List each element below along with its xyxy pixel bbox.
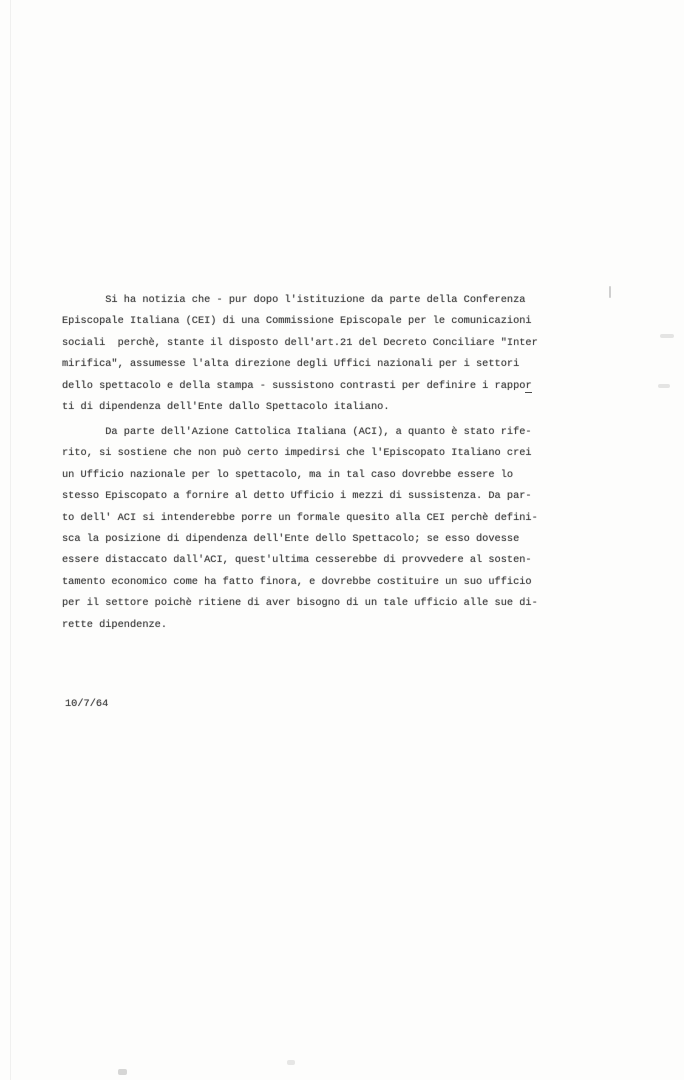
- text-line: sociali perchè, stante il disposto dell'…: [62, 333, 538, 354]
- text-line: mirifica", assumesse l'alta direzione de…: [62, 354, 538, 375]
- text-line: rette dipendenze.: [62, 615, 538, 636]
- text-line: sca la posizione di dipendenza dell'Ente…: [62, 529, 538, 550]
- page-edge-shadow: [10, 0, 11, 1080]
- text-line: Da parte dell'Azione Cattolica Italiana …: [62, 422, 538, 443]
- text-line: tamento economico come ha fatto finora, …: [62, 572, 538, 593]
- paragraph-2: Da parte dell'Azione Cattolica Italiana …: [62, 422, 538, 636]
- text-line: stesso Episcopato a fornire al detto Uff…: [62, 486, 538, 507]
- document-page: Si ha notizia che - pur dopo l'istituzio…: [0, 0, 684, 1080]
- text-line: Si ha notizia che - pur dopo l'istituzio…: [62, 290, 538, 311]
- text-line: essere distaccato dall'ACI, quest'ultima…: [62, 550, 538, 571]
- text-line-main: dello spettacolo e della stampa - sussis…: [62, 380, 525, 392]
- scan-artifact: [609, 286, 611, 298]
- text-line: Episcopale Italiana (CEI) di una Commiss…: [62, 311, 538, 332]
- scan-artifact: [660, 334, 674, 338]
- underlined-hyphenation-letter: r: [525, 380, 531, 393]
- text-line: rito, si sostiene che non può certo impe…: [62, 443, 538, 464]
- scan-artifact: [118, 1069, 127, 1075]
- date-stamp: 10/7/64: [65, 694, 108, 715]
- text-line: dello spettacolo e della stampa - sussis…: [62, 376, 538, 397]
- text-line: to dell' ACI si intenderebbe porre un fo…: [62, 508, 538, 529]
- text-line: per il settore poichè ritiene di aver bi…: [62, 593, 538, 614]
- scan-artifact: [287, 1060, 295, 1065]
- text-line: un Ufficio nazionale per lo spettacolo, …: [62, 465, 538, 486]
- paragraph-1: Si ha notizia che - pur dopo l'istituzio…: [62, 290, 538, 418]
- scan-artifact: [658, 384, 670, 388]
- text-line: ti di dipendenza dell'Ente dallo Spettac…: [62, 397, 538, 418]
